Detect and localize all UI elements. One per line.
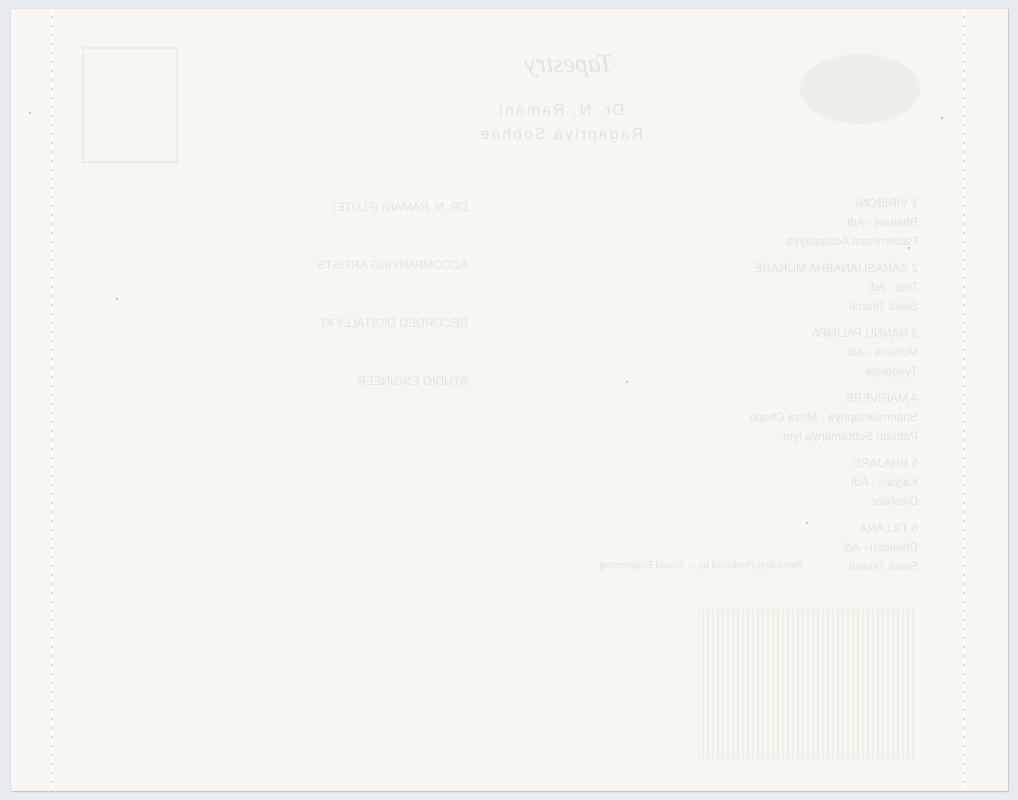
emblem-ghost	[800, 54, 920, 124]
dust-speck	[29, 112, 31, 114]
track-ghost: 4 MARIVERE Shanmukhapriya - Misra Chapu …	[749, 389, 918, 446]
dust-speck	[806, 522, 808, 524]
track-ghost: 5 BHAJARE Kalyani - Adi Dikshitar	[749, 454, 918, 511]
label-logo-ghost	[82, 47, 178, 163]
album-title-ghost: Tapestry	[524, 49, 613, 79]
credit-ghost: DR. N. RAMANI (FLUTE)	[317, 197, 468, 217]
right-spine-perforation	[963, 9, 965, 791]
dust-speck	[116, 298, 118, 300]
credit-ghost: ACCOMPANYING ARTISTS	[317, 255, 468, 275]
credit-ghost: STUDIO ENGINEER	[317, 371, 468, 391]
left-spine-perforation	[51, 9, 53, 791]
credits-ghost: DR. N. RAMANI (FLUTE)ACCOMPANYING ARTIST…	[317, 197, 468, 429]
track-ghost: 3 NANNU PALIMPA Mohana - Adi Tyagaraja	[749, 324, 918, 381]
footer-ghost: Recording Produced by ... Sound Engineer…	[600, 560, 803, 571]
credit-ghost: RECORDED DIGITALLY AT	[317, 313, 468, 333]
track-ghost: 1 VIRIBONI Bhairavi - Adi Pachimiriam Ad…	[749, 194, 918, 251]
barcode-ghost	[698, 609, 915, 759]
artist-line: Dr. N. Ramani	[478, 99, 643, 123]
legal-text-ghost: ​	[78, 604, 678, 621]
tray-card-paper: Tapestry Dr. N. Ramani Ragapriya Sobhae …	[11, 9, 1008, 791]
dust-speck	[626, 381, 628, 383]
track-list-ghost: 1 VIRIBONI Bhairavi - Adi Pachimiriam Ad…	[749, 194, 918, 584]
artist-ghost: Dr. N. Ramani Ragapriya Sobhae	[478, 99, 643, 147]
artist-line: Ragapriya Sobhae	[478, 123, 643, 147]
dust-speck	[908, 247, 910, 249]
show-through-mirrored-text: Tapestry Dr. N. Ramani Ragapriya Sobhae …	[11, 9, 1008, 791]
track-ghost: 6 TILLANA Dhanasri - Adi Swati Tirunal	[749, 519, 918, 576]
dust-speck	[941, 117, 943, 119]
track-ghost: 2 SARASIJANABHA MURARE Todi - Adi Swati …	[749, 259, 918, 316]
